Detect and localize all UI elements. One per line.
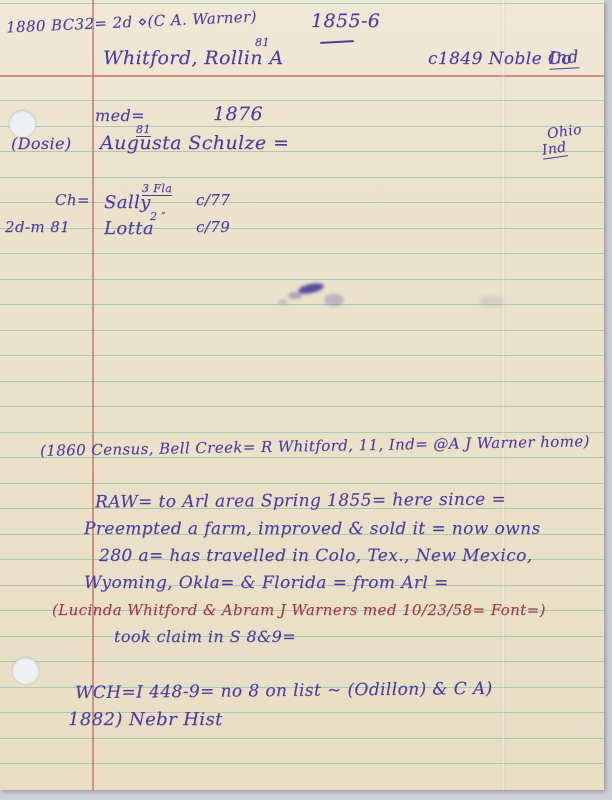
note-line: took claim in S 8&9= — [114, 627, 296, 646]
hole-punch-bottom — [12, 657, 39, 684]
left-margin-line — [92, 0, 94, 790]
ink-smudge-faint — [478, 296, 504, 306]
source-note: 1882) Nebr Hist — [68, 709, 223, 730]
rule-line — [0, 406, 604, 407]
scanned-document: { "page": { "kind": "handwritten genealo… — [0, 0, 612, 800]
rule-line — [0, 330, 604, 331]
spouse-name: Augusta Schulze = — [100, 132, 289, 154]
paper-crease — [500, 0, 506, 790]
rule-line — [0, 381, 604, 382]
header-code: 1880 BC32= 2d ⋄(C A. Warner) — [6, 8, 257, 37]
child-name: Lotta — [104, 218, 154, 239]
rule-line — [0, 126, 604, 127]
red-ink-note: (Lucinda Whitford & Abram J Warners med … — [52, 601, 546, 619]
note-line: Preempted a farm, improved & sold it = n… — [84, 519, 541, 539]
ink-smudge — [276, 280, 366, 310]
rule-line — [0, 228, 604, 229]
child-superscript: 3 Fla — [142, 182, 172, 196]
right-note-ind: Ind — [541, 139, 568, 159]
person-name: Whitford, Rollin A — [103, 47, 283, 69]
marriage-year: 1876 — [213, 103, 263, 125]
birth-state: Ind — [548, 47, 579, 70]
child-superscript: 2 ″ — [150, 210, 166, 223]
rule-line — [0, 177, 604, 178]
rule-line — [0, 355, 604, 356]
rule-line — [0, 661, 604, 662]
note-line: 280 a= has travelled in Colo, Tex., New … — [99, 546, 533, 566]
rule-line — [0, 738, 604, 739]
children-label: Ch= — [55, 191, 90, 209]
rule-line — [0, 151, 604, 152]
header-year-range: 1855-6 — [311, 10, 380, 32]
margin-note-2d: 2d-m 81 — [5, 218, 70, 236]
child-date: c/79 — [196, 218, 230, 236]
margin-note-dosie: (Dosie) — [11, 134, 72, 153]
census-note: (1860 Census, Bell Creek= R Whitford, 11… — [40, 432, 590, 460]
hole-punch-top — [9, 110, 36, 137]
rule-line — [0, 253, 604, 254]
child-date: c/77 — [196, 191, 230, 209]
note-line: RAW= to Arl area Spring 1855= here since… — [95, 490, 506, 513]
rule-line — [0, 3, 604, 4]
notebook-page: 1880 BC32= 2d ⋄(C A. Warner) 1855-6 81 W… — [0, 0, 604, 790]
source-note: WCH=I 448-9= no 8 on list ~ (Odillon) & … — [75, 679, 493, 703]
rule-line — [0, 202, 604, 203]
rule-line — [0, 636, 604, 637]
rule-line — [0, 763, 604, 764]
red-header-line — [0, 75, 604, 77]
rule-line — [0, 100, 604, 101]
rule-line — [0, 483, 604, 484]
year-underline — [320, 40, 354, 44]
note-line: Wyoming, Okla= & Florida = from Arl = — [84, 573, 449, 593]
